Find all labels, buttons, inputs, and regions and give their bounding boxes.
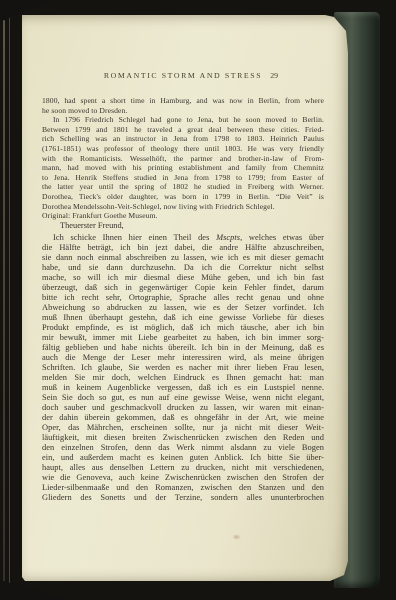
book-page: ROMANTIC STORM AND STRESS 29 1800, had s…	[22, 15, 348, 581]
text-line: mir bewußt, immer mit Liebe gearbeitet z…	[42, 333, 324, 343]
letter-body: Ich schicke Ihnen hier einen Theil des M…	[42, 233, 324, 503]
text-line: rich Schelling was an instructor in Jena…	[42, 134, 324, 144]
book-scan: ROMANTIC STORM AND STRESS 29 1800, had s…	[0, 0, 396, 600]
text-line: überzeugt, daß sich in gegenwärtiger Cop…	[42, 283, 324, 293]
text-line: Between 1799 and 1801 he traveled a grea…	[42, 125, 324, 135]
text-line: Gliedern des Sonetts und der Terzine, so…	[42, 493, 324, 503]
text-line: Schriften. Ich glaube, Sie werden es nac…	[42, 363, 324, 373]
letter-salutation: Theuerster Freund,	[42, 221, 324, 231]
text-line: läuftigkeit, mit diesen breiten Zwischen…	[42, 433, 324, 443]
page-title: ROMANTIC STORM AND STRESS	[42, 71, 324, 81]
text-line: Produkt empfinde, es ist möglich, daß ic…	[42, 323, 324, 333]
text-line: (1761-1851) was professor of theology th…	[42, 144, 324, 154]
text-line: 1800, had spent a short time in Hamburg,…	[42, 96, 324, 106]
text-line: muß Ihnen überhaupt gestehn, daß ich ein…	[42, 313, 324, 323]
text-line: Sein Sie doch so gut, es nun auf eine ge…	[42, 393, 324, 403]
text-line: habe, und sie dann durchzusehn. Da ich d…	[42, 263, 324, 273]
text-line: haupt, alles aus denselben Lettern zu dr…	[42, 463, 324, 473]
paragraph: 1800, had spent a short time in Hamburg,…	[42, 96, 324, 115]
text-line: mache, so will ich mir diesmal diese Müh…	[42, 273, 324, 283]
text-line: doch sauber und geschmackvoll drucken zu…	[42, 403, 324, 413]
text-line: he soon moved to Dresden.	[42, 106, 324, 116]
paper-stain	[232, 534, 241, 540]
text-line: der dahin überein gekommen, daß es ohnge…	[42, 413, 324, 423]
text-line: muß in keinem Augenblicke vergessen, daß…	[42, 383, 324, 393]
text-line: Original: Frankfurt Goethe Museum.	[42, 211, 324, 221]
text-line: Dorothea Mendelssohn-Veit-Schlegel, now …	[42, 202, 324, 212]
text-line: melden Sie mir doch, welchen Eindruck es…	[42, 373, 324, 383]
text-line: Oper, das Mährchen, erscheinen sollte, n…	[42, 423, 324, 433]
text-line: to Jena. Henrik Steffens studied in Jena…	[42, 173, 324, 183]
text-line: wie die Genoveva, auch keine Zwischenrüc…	[42, 473, 324, 483]
text-line: fältig geblieben und habe nichts übereil…	[42, 343, 324, 353]
text-line: the latter year until the spring of 1802…	[42, 182, 324, 192]
text-line: sie dann noch einmal abschreiben zu lass…	[42, 253, 324, 263]
running-header: ROMANTIC STORM AND STRESS 29	[42, 71, 324, 81]
page-number: 29	[270, 71, 278, 81]
text-line: die Hälfte beträgt, ich bin jezt dabei, …	[42, 243, 324, 253]
text-line: bitte ich recht sehr, Ortographie, Sprac…	[42, 293, 324, 303]
text-line: In 1796 Friedrich Schlegel had gone to J…	[42, 115, 324, 125]
paragraph: Original: Frankfurt Goethe Museum.	[42, 211, 324, 221]
editorial-note: 1800, had spent a short time in Hamburg,…	[42, 96, 324, 221]
text-line: Abweichung so abdrucken zu lassen, wie e…	[42, 303, 324, 313]
text-line: Dorothea, Tieck's older daughter, was bo…	[42, 192, 324, 202]
text-line: auch die Menge der Leser mehr interessir…	[42, 353, 324, 363]
paragraph: In 1796 Friedrich Schlegel had gone to J…	[42, 115, 324, 211]
text-line: mann, had moved with his printing establ…	[42, 163, 324, 173]
text-line: Lieder-silbenmaaße und den Romanzen, zwi…	[42, 483, 324, 493]
paragraph: Ich schicke Ihnen hier einen Theil des M…	[42, 233, 324, 503]
text-line: den einzelnen Strofen, denn das Werk nim…	[42, 443, 324, 453]
text-line: with the Romanticists. Wesselhöft, the p…	[42, 154, 324, 164]
text-line: Ich schicke Ihnen hier einen Theil des M…	[42, 233, 324, 243]
text-line: ein, und außerdem macht es keinen guten …	[42, 453, 324, 463]
facing-page-edge	[0, 12, 22, 589]
